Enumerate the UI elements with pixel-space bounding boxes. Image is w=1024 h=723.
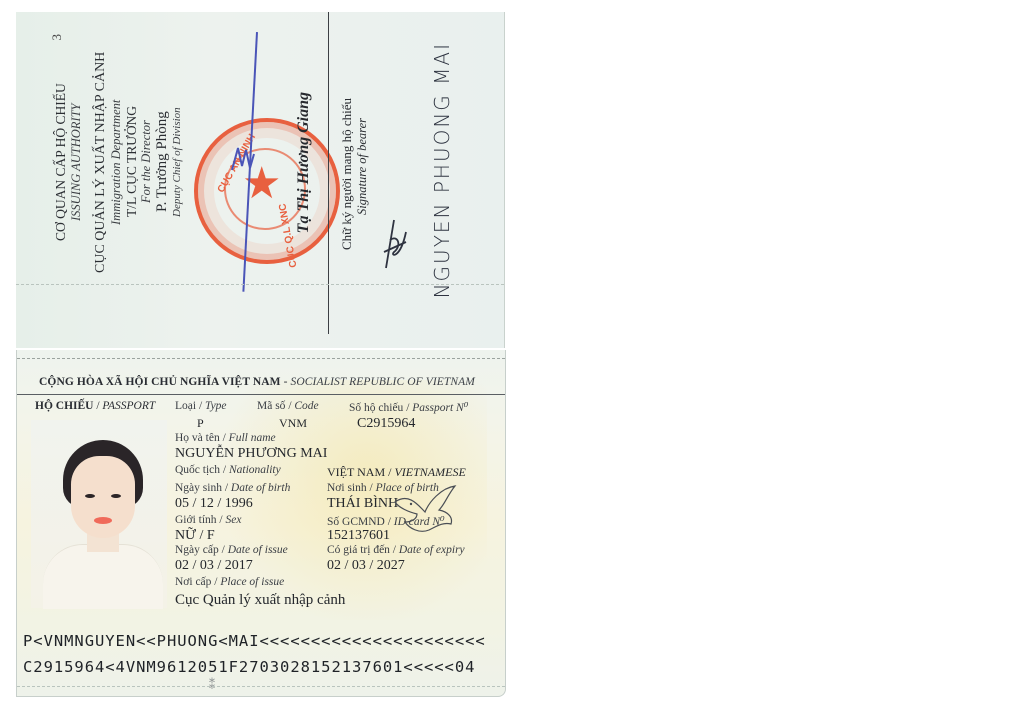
bearer-signature-icon xyxy=(380,212,410,272)
for-director-en: For the Director xyxy=(140,42,153,282)
republic-vn: CỘNG HÒA XÃ HỘI CHỦ NGHĨA VIỆT NAM xyxy=(39,376,281,388)
authority-page: 3 CƠ QUAN CẤP HỘ CHIẾU ISSUING AUTHORITY… xyxy=(16,12,505,348)
official-seal-stamp: ★ CỤC AN NINH CỤC Q.L XNC xyxy=(194,118,340,264)
officer-name: Tạ Thị Hương Giang xyxy=(296,92,312,233)
officer-signature-icon xyxy=(228,144,258,174)
full-name-value: NGUYỄN PHƯƠNG MAI xyxy=(175,446,327,462)
code-label: Mã số / Code xyxy=(257,400,319,412)
date-of-issue-value: 02 / 03 / 2017 xyxy=(175,558,253,574)
full-name-label: Họ và tên / Full name xyxy=(175,432,276,444)
dob-value: 05 / 12 / 1996 xyxy=(175,496,253,512)
issuing-authority-vn: CƠ QUAN CẤP HỘ CHIẾU xyxy=(54,42,68,282)
place-of-issue-value: Cục Quản lý xuất nhập cảnh xyxy=(175,592,345,609)
photo-shirt xyxy=(43,544,163,609)
department-vn: CỤC QUẢN LÝ XUẤT NHẬP CẢNH xyxy=(94,42,108,282)
bearer-handwritten-name: NGUYEN PHUONG MAI xyxy=(432,42,452,298)
date-of-issue-label: Ngày cấp / Date of issue xyxy=(175,544,288,556)
type-value: P xyxy=(197,416,204,431)
type-label: Loại / Type xyxy=(175,400,227,412)
heading-rule xyxy=(17,394,505,395)
for-director-vn: T/L CỤC TRƯỞNG xyxy=(125,42,139,282)
id-card-label: Số GCMND / ID card N⁰ xyxy=(327,514,445,528)
date-of-expiry-value: 02 / 03 / 2027 xyxy=(327,558,405,574)
nationality-value: VIỆT NAM / VIETNAMESE xyxy=(327,465,466,480)
nationality-label: Quốc tịch / Nationality xyxy=(175,464,281,476)
code-value: VNM xyxy=(279,416,307,431)
page-bottom-edge xyxy=(17,686,505,688)
fold-line xyxy=(16,284,504,286)
mrz-line-2: C2915964<4VNM9612051F2703028152137601<<<… xyxy=(23,658,475,676)
passport-title-vn: HỘ CHIẾU xyxy=(35,400,93,412)
position-vn: P. Trưởng Phòng xyxy=(155,42,170,282)
position-en: Deputy Chief of Division xyxy=(172,42,183,282)
republic-separator: - xyxy=(281,376,291,388)
date-of-expiry-label: Có giá trị đến / Date of expiry xyxy=(327,544,465,556)
place-of-issue-label: Nơi cấp / Place of issue xyxy=(175,576,284,588)
dob-label: Ngày sinh / Date of birth xyxy=(175,482,290,494)
photo-face xyxy=(71,456,135,538)
photo-lips xyxy=(94,517,112,524)
issuing-authority-block: CƠ QUAN CẤP HỘ CHIẾU ISSUING AUTHORITY C… xyxy=(54,42,183,282)
biodata-page: CỘNG HÒA XÃ HỘI CHỦ NGHĨA VIỆT NAM - SOC… xyxy=(16,350,506,697)
passport-no-label: Số hộ chiếu / Passport N⁰ xyxy=(349,400,468,414)
republic-en: SOCIALIST REPUBLIC OF VIETNAM xyxy=(291,376,475,388)
passport-scan: 3 CƠ QUAN CẤP HỘ CHIẾU ISSUING AUTHORITY… xyxy=(16,12,504,696)
sex-value: NỮ / F xyxy=(175,528,215,544)
page-number: 3 xyxy=(50,34,63,41)
department-en: Immigration Department xyxy=(110,42,123,282)
issuing-authority-en: ISSUING AUTHORITY xyxy=(70,42,83,282)
photo-eye-right xyxy=(111,494,121,498)
sex-label: Giới tính / Sex xyxy=(175,514,241,526)
page-edge-line xyxy=(17,358,505,360)
id-card-value: 152137601 xyxy=(327,528,390,544)
photo-eye-left xyxy=(85,494,95,498)
bearer-signature-label-en: Signature of bearer xyxy=(356,118,369,215)
republic-heading: CỘNG HÒA XÃ HỘI CHỦ NGHĨA VIỆT NAM - SOC… xyxy=(39,376,475,388)
pob-value: THÁI BÌNH xyxy=(327,496,398,512)
passport-title-en: PASSPORT xyxy=(102,400,155,412)
mrz-line-1: P<VNMNGUYEN<<PHUONG<MAI<<<<<<<<<<<<<<<<<… xyxy=(23,632,486,650)
passport-no-value: C2915964 xyxy=(357,416,415,432)
bearer-signature-label-vn: Chữ ký người mang hộ chiếu xyxy=(340,98,353,250)
passport-title: HỘ CHIẾU / PASSPORT xyxy=(35,400,155,412)
holder-photo xyxy=(31,420,167,608)
